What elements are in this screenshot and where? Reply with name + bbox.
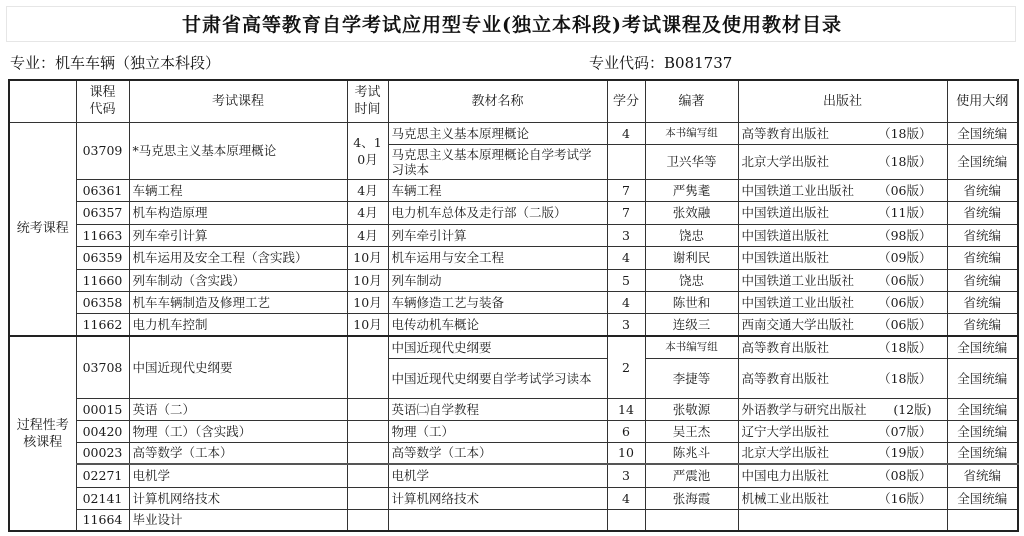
header-textbook: 教材名称 — [388, 80, 607, 122]
credit: 7 — [607, 179, 645, 201]
category-cell: 统考课程 — [9, 122, 76, 336]
credit: 6 — [607, 420, 645, 442]
credit: 3 — [607, 224, 645, 246]
course-code: 00420 — [76, 420, 129, 442]
course-name: 高等数学（工本） — [129, 442, 347, 464]
publisher: 中国铁道出版社（11版） — [738, 201, 947, 224]
header-course: 考试课程 — [129, 80, 347, 122]
exam-time — [347, 420, 388, 442]
publisher-wrap: 中国铁道出版社（09版） — [742, 250, 944, 265]
header-category — [9, 80, 76, 122]
credit: 3 — [607, 313, 645, 336]
publisher-wrap: 高等教育出版社（18版） — [742, 126, 944, 141]
publisher-name: 中国铁道工业出版社 — [742, 273, 855, 288]
exam-time: 10月 — [347, 291, 388, 313]
publisher: 中国铁道出版社（98版） — [738, 224, 947, 246]
edition: （06版） — [878, 317, 943, 332]
textbook-name: 电力机车总体及走行部（二版） — [388, 201, 607, 224]
publisher-name: 高等教育出版社 — [742, 340, 830, 355]
textbook-name: 列车制动 — [388, 269, 607, 291]
credit — [607, 144, 645, 179]
textbook-name: 物理（工） — [388, 420, 607, 442]
header-code-text: 课程代码 — [88, 84, 117, 118]
edition: （06版） — [878, 273, 943, 288]
edition: (12版) — [893, 402, 943, 417]
category-cell: 过程性考核课程 — [9, 336, 76, 531]
syllabus: 全国统编 — [947, 487, 1018, 509]
exam-time — [347, 398, 388, 420]
publisher: 中国铁道工业出版社（06版） — [738, 179, 947, 201]
header-time-text: 考试时间 — [353, 84, 382, 118]
publisher-name: 高等教育出版社 — [742, 126, 830, 141]
syllabus: 全国统编 — [947, 122, 1018, 144]
credit: 4 — [607, 246, 645, 269]
publisher-wrap: 中国铁道工业出版社（06版） — [742, 183, 944, 198]
publisher: 中国电力出版社（08版） — [738, 464, 947, 487]
publisher: 西南交通大学出版社（06版） — [738, 313, 947, 336]
textbook-name: 电机学 — [388, 464, 607, 487]
exam-time — [347, 487, 388, 509]
syllabus: 省统编 — [947, 179, 1018, 201]
edition: （07版） — [878, 424, 943, 439]
major-code-label: 专业代码：B081737 — [589, 52, 732, 73]
publisher-name: 中国铁道出版社 — [742, 250, 830, 265]
course-name: 车辆工程 — [129, 179, 347, 201]
textbook-name: 机车运用与安全工程 — [388, 246, 607, 269]
syllabus: 省统编 — [947, 269, 1018, 291]
course-name: 机车运用及安全工程（含实践） — [129, 246, 347, 269]
header-code: 课程代码 — [76, 80, 129, 122]
publisher-name: 外语教学与研究出版社 — [742, 402, 867, 417]
publisher: 北京大学出版社（18版） — [738, 144, 947, 179]
credit: 7 — [607, 201, 645, 224]
edition: （18版） — [878, 126, 943, 141]
textbook-name: 车辆修造工艺与装备 — [388, 291, 607, 313]
textbook-name: 中国近现代史纲要自学考试学习读本 — [388, 358, 607, 398]
table-row: 统考课程03709*马克思主义基本原理概论4、10月马克思主义基本原理概论4本书… — [9, 122, 1018, 144]
publisher: 高等教育出版社（18版） — [738, 122, 947, 144]
publisher-name: 辽宁大学出版社 — [742, 424, 830, 439]
syllabus: 省统编 — [947, 224, 1018, 246]
credit — [607, 509, 645, 531]
publisher-wrap: 机械工业出版社（16版） — [742, 491, 944, 506]
publisher: 机械工业出版社（16版） — [738, 487, 947, 509]
publisher: 高等教育出版社（18版） — [738, 358, 947, 398]
edition: （06版） — [878, 295, 943, 310]
credit: 10 — [607, 442, 645, 464]
course-code: 06359 — [76, 246, 129, 269]
publisher: 高等教育出版社（18版） — [738, 336, 947, 358]
table-row: 00015英语（二）英语㈡自学教程14张敬源外语教学与研究出版社(12版)全国统… — [9, 398, 1018, 420]
author: 严隽耄 — [645, 179, 738, 201]
textbook-name: 中国近现代史纲要 — [388, 336, 607, 358]
course-code: 02141 — [76, 487, 129, 509]
publisher-name: 北京大学出版社 — [742, 445, 830, 460]
table-row: 11663列车牵引计算4月列车牵引计算3饶忠中国铁道出版社（98版）省统编 — [9, 224, 1018, 246]
edition: （09版） — [878, 250, 943, 265]
edition: （98版） — [878, 228, 943, 243]
header-row: 课程代码 考试课程 考试时间 教材名称 学分 编著 出版社 使用大纲 — [9, 80, 1018, 122]
table-row: 00420物理（工）（含实践）物理（工）6吴王杰辽宁大学出版社（07版）全国统编 — [9, 420, 1018, 442]
syllabus: 全国统编 — [947, 442, 1018, 464]
author — [645, 509, 738, 531]
exam-time: 4月 — [347, 179, 388, 201]
credit: 4 — [607, 122, 645, 144]
syllabus: 省统编 — [947, 201, 1018, 224]
exam-time: 10月 — [347, 246, 388, 269]
exam-time — [347, 442, 388, 464]
publisher-name: 中国铁道出版社 — [742, 228, 830, 243]
publisher: 中国铁道工业出版社（06版） — [738, 291, 947, 313]
syllabus: 全国统编 — [947, 398, 1018, 420]
edition: （16版） — [878, 491, 943, 506]
syllabus: 省统编 — [947, 246, 1018, 269]
table-row: 11664毕业设计 — [9, 509, 1018, 531]
table-row: 06359机车运用及安全工程（含实践）10月机车运用与安全工程4谢利民中国铁道出… — [9, 246, 1018, 269]
author: 本书编写组 — [645, 336, 738, 358]
table-row: 00023高等数学（工本）高等数学（工本）10陈兆斗北京大学出版社（19版）全国… — [9, 442, 1018, 464]
publisher-name: 高等教育出版社 — [742, 371, 830, 386]
publisher-name: 中国铁道工业出版社 — [742, 183, 855, 198]
publisher-wrap: 中国电力出版社（08版） — [742, 468, 944, 483]
header-publisher: 出版社 — [738, 80, 947, 122]
credit: 5 — [607, 269, 645, 291]
exam-time — [347, 336, 388, 398]
header-credit: 学分 — [607, 80, 645, 122]
document-title: 甘肃省高等教育自学考试应用型专业(独立本科段)考试课程及使用教材目录 — [0, 10, 1024, 37]
textbook-name: 高等数学（工本） — [388, 442, 607, 464]
textbook-name — [388, 509, 607, 531]
publisher-name: 中国铁道工业出版社 — [742, 295, 855, 310]
syllabus: 省统编 — [947, 291, 1018, 313]
table-row: 02141计算机网络技术计算机网络技术4张海霞机械工业出版社（16版）全国统编 — [9, 487, 1018, 509]
course-code: 11664 — [76, 509, 129, 531]
publisher-wrap: 中国铁道出版社（11版） — [742, 205, 944, 220]
publisher-wrap: 辽宁大学出版社（07版） — [742, 424, 944, 439]
course-code: 11662 — [76, 313, 129, 336]
publisher-name: 西南交通大学出版社 — [742, 317, 855, 332]
publisher-name: 北京大学出版社 — [742, 154, 830, 169]
publisher-name: 中国铁道出版社 — [742, 205, 830, 220]
table-row: 11662电力机车控制10月电传动机车概论3连级三西南交通大学出版社（06版）省… — [9, 313, 1018, 336]
course-name: 机车车辆制造及修理工艺 — [129, 291, 347, 313]
author: 连级三 — [645, 313, 738, 336]
publisher-wrap: 北京大学出版社（18版） — [742, 154, 944, 169]
course-name: 电机学 — [129, 464, 347, 487]
publisher: 中国铁道出版社（09版） — [738, 246, 947, 269]
publisher-name: 中国电力出版社 — [742, 468, 830, 483]
syllabus: 全国统编 — [947, 336, 1018, 358]
textbook-name: 英语㈡自学教程 — [388, 398, 607, 420]
header-author: 编著 — [645, 80, 738, 122]
author: 李捷等 — [645, 358, 738, 398]
syllabus — [947, 509, 1018, 531]
author: 吴王杰 — [645, 420, 738, 442]
credit: 3 — [607, 464, 645, 487]
course-name: 列车制动（含实践） — [129, 269, 347, 291]
author: 本书编写组 — [645, 122, 738, 144]
author: 张海霞 — [645, 487, 738, 509]
course-name: 列车牵引计算 — [129, 224, 347, 246]
syllabus: 省统编 — [947, 464, 1018, 487]
edition: （18版） — [878, 371, 943, 386]
publisher: 外语教学与研究出版社(12版) — [738, 398, 947, 420]
credit: 2 — [607, 336, 645, 398]
credit: 4 — [607, 291, 645, 313]
exam-time: 10月 — [347, 269, 388, 291]
table-row: 06358机车车辆制造及修理工艺10月车辆修造工艺与装备4陈世和中国铁道工业出版… — [9, 291, 1018, 313]
course-code: 02271 — [76, 464, 129, 487]
course-code: 00023 — [76, 442, 129, 464]
author: 陈兆斗 — [645, 442, 738, 464]
header-time: 考试时间 — [347, 80, 388, 122]
edition: （18版） — [878, 340, 943, 355]
course-name: 计算机网络技术 — [129, 487, 347, 509]
author: 张敬源 — [645, 398, 738, 420]
publisher-wrap: 北京大学出版社（19版） — [742, 445, 944, 460]
author: 谢利民 — [645, 246, 738, 269]
credit: 4 — [607, 487, 645, 509]
author: 饶忠 — [645, 224, 738, 246]
publisher-name: 机械工业出版社 — [742, 491, 830, 506]
publisher-wrap: 高等教育出版社（18版） — [742, 340, 944, 355]
exam-time: 4月 — [347, 201, 388, 224]
syllabus: 全国统编 — [947, 358, 1018, 398]
author: 严震池 — [645, 464, 738, 487]
course-name: 物理（工）（含实践） — [129, 420, 347, 442]
publisher-wrap: 中国铁道工业出版社（06版） — [742, 273, 944, 288]
course-name: 英语（二） — [129, 398, 347, 420]
publisher: 北京大学出版社（19版） — [738, 442, 947, 464]
table-row: 06361车辆工程4月车辆工程7严隽耄中国铁道工业出版社（06版）省统编 — [9, 179, 1018, 201]
textbook-name: 电传动机车概论 — [388, 313, 607, 336]
publisher-wrap: 外语教学与研究出版社(12版) — [742, 402, 944, 417]
course-code: 03708 — [76, 336, 129, 398]
course-code: 03709 — [76, 122, 129, 179]
course-code: 06361 — [76, 179, 129, 201]
syllabus: 全国统编 — [947, 144, 1018, 179]
edition: （08版） — [878, 468, 943, 483]
syllabus: 全国统编 — [947, 420, 1018, 442]
author: 卫兴华等 — [645, 144, 738, 179]
course-code: 00015 — [76, 398, 129, 420]
exam-time: 10月 — [347, 313, 388, 336]
major-label: 专业：机车车辆（独立本科段） — [10, 52, 220, 73]
table-row: 06357机车构造原理4月电力机车总体及走行部（二版）7张效融中国铁道出版社（1… — [9, 201, 1018, 224]
course-name: 毕业设计 — [129, 509, 347, 531]
exam-time — [347, 464, 388, 487]
course-name: 机车构造原理 — [129, 201, 347, 224]
course-table: 课程代码 考试课程 考试时间 教材名称 学分 编著 出版社 使用大纲 统考课程0… — [8, 79, 1019, 532]
course-code: 06358 — [76, 291, 129, 313]
course-code: 11660 — [76, 269, 129, 291]
edition: （06版） — [878, 183, 943, 198]
publisher: 中国铁道工业出版社（06版） — [738, 269, 947, 291]
publisher-wrap: 西南交通大学出版社（06版） — [742, 317, 944, 332]
table-row: 11660列车制动（含实践）10月列车制动5饶忠中国铁道工业出版社（06版）省统… — [9, 269, 1018, 291]
course-code: 11663 — [76, 224, 129, 246]
edition: （19版） — [878, 445, 943, 460]
publisher — [738, 509, 947, 531]
author: 张效融 — [645, 201, 738, 224]
table-row: 02271电机学电机学3严震池中国电力出版社（08版）省统编 — [9, 464, 1018, 487]
textbook-name: 车辆工程 — [388, 179, 607, 201]
author: 饶忠 — [645, 269, 738, 291]
course-code: 06357 — [76, 201, 129, 224]
exam-time — [347, 509, 388, 531]
course-name: 中国近现代史纲要 — [129, 336, 347, 398]
textbook-name: 马克思主义基本原理概论 — [388, 122, 607, 144]
edition: （18版） — [878, 154, 943, 169]
course-name: *马克思主义基本原理概论 — [129, 122, 347, 179]
textbook-name: 计算机网络技术 — [388, 487, 607, 509]
exam-time: 4、10月 — [347, 122, 388, 179]
textbook-name: 马克思主义基本原理概论自学考试学习读本 — [388, 144, 607, 179]
textbook-name: 列车牵引计算 — [388, 224, 607, 246]
publisher-wrap: 中国铁道工业出版社（06版） — [742, 295, 944, 310]
publisher-wrap: 中国铁道出版社（98版） — [742, 228, 944, 243]
credit: 14 — [607, 398, 645, 420]
publisher: 辽宁大学出版社（07版） — [738, 420, 947, 442]
edition: （11版） — [878, 205, 943, 220]
syllabus: 省统编 — [947, 313, 1018, 336]
header-syllabus: 使用大纲 — [947, 80, 1018, 122]
table-row: 过程性考核课程03708中国近现代史纲要中国近现代史纲要2本书编写组高等教育出版… — [9, 336, 1018, 358]
author: 陈世和 — [645, 291, 738, 313]
publisher-wrap: 高等教育出版社（18版） — [742, 371, 944, 386]
course-name: 电力机车控制 — [129, 313, 347, 336]
exam-time: 4月 — [347, 224, 388, 246]
